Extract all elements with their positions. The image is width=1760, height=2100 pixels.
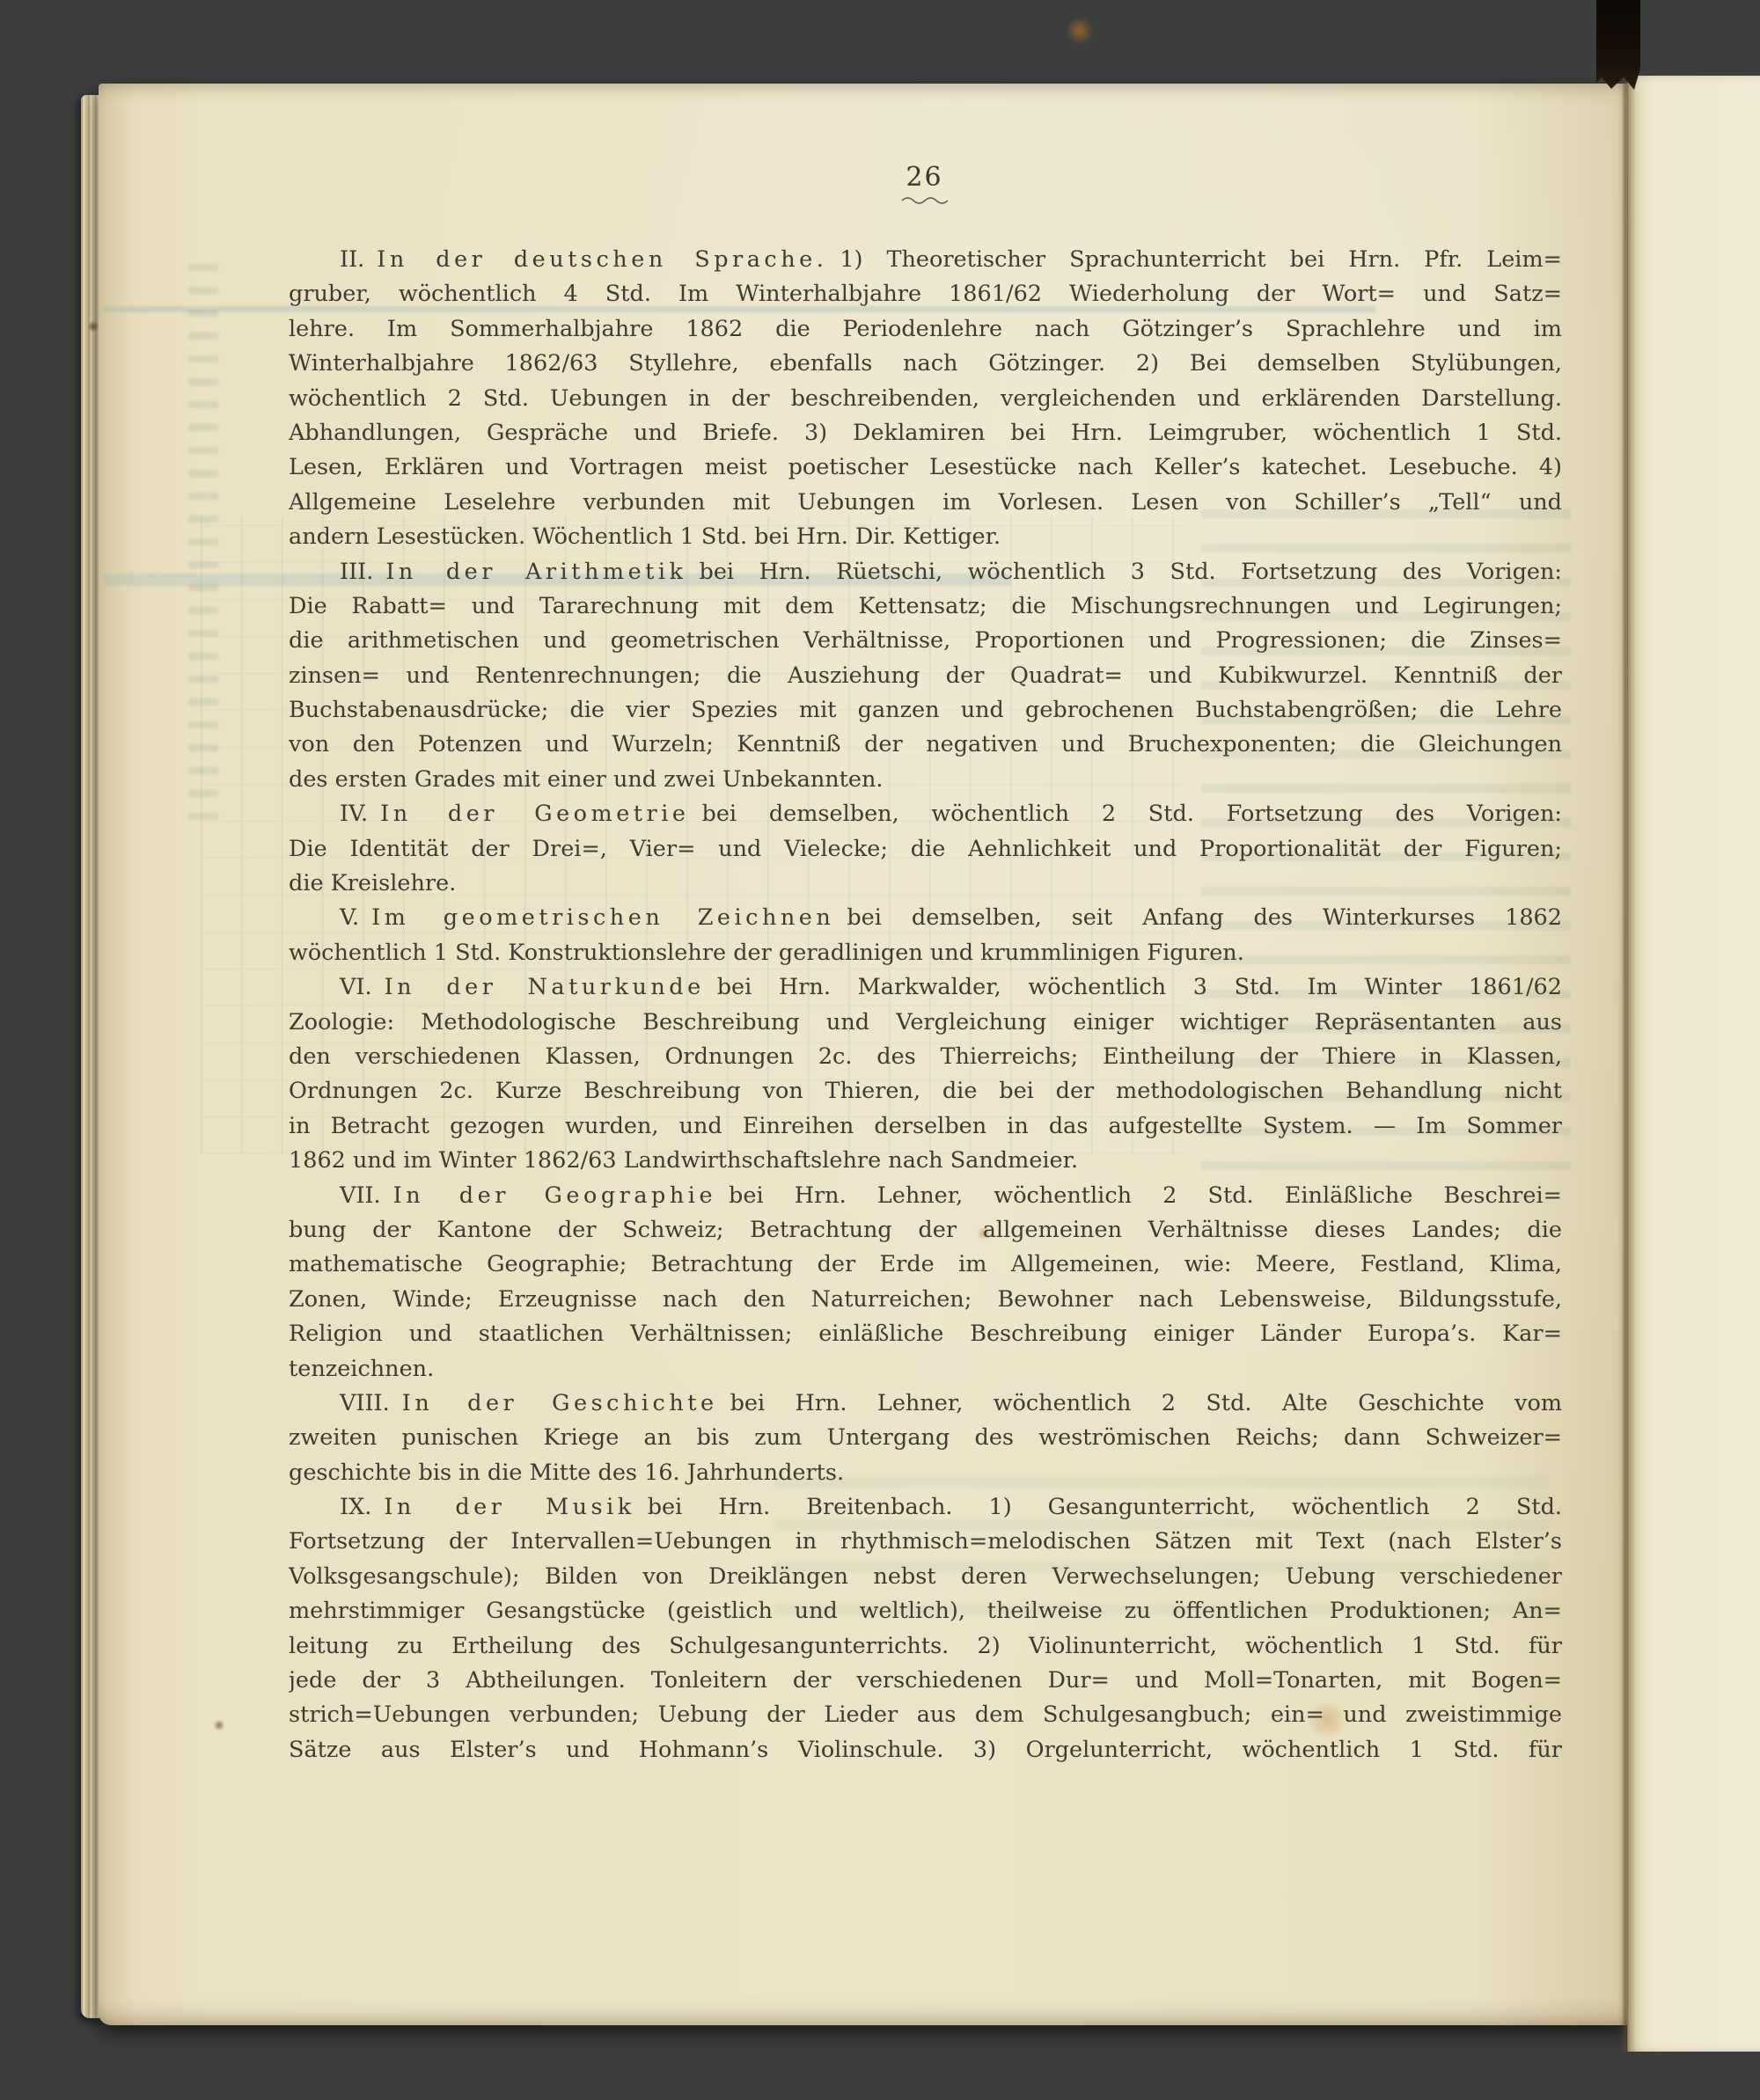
page-number: 26 xyxy=(906,162,942,193)
page-header: 26 xyxy=(289,162,1560,205)
text-line: V.Im geometrischen Zeichnenbei demselben… xyxy=(289,901,1562,935)
squiggle-underline-icon xyxy=(899,194,950,205)
section-title: In der Arithmetik xyxy=(385,559,699,585)
text-line: lehre. Im Sommerhalbjahre 1862 die Perio… xyxy=(289,312,1562,347)
text-line: von den Potenzen und Wurzeln; Kenntniß d… xyxy=(289,728,1562,762)
foxing-spot xyxy=(1067,16,1093,46)
paragraph: VI.In der Naturkundebei Hrn. Markwalder,… xyxy=(289,970,1562,1178)
section-numeral: VI. xyxy=(340,974,385,1000)
text-line: leitung zu Ertheilung des Schulgesangunt… xyxy=(289,1629,1562,1664)
text-line: Zoologie: Methodologische Beschreibung u… xyxy=(289,1006,1562,1040)
text-line: 1862 und im Winter 1862/63 Landwirthscha… xyxy=(289,1144,1562,1178)
section-title: In der Geographie xyxy=(393,1182,729,1209)
section-title: In der Musik xyxy=(384,1494,647,1520)
text-line: VI.In der Naturkundebei Hrn. Markwalder,… xyxy=(289,970,1562,1005)
text-line: Winterhalbjahre 1862/63 Styllehre, ebenf… xyxy=(289,347,1562,381)
gutter-shadow xyxy=(1622,76,1628,2052)
paragraph: VII.In der Geographiebei Hrn. Lehner, wö… xyxy=(289,1179,1562,1387)
text-line: Fortsetzung der Intervallen=Uebungen in … xyxy=(289,1525,1562,1559)
section-title: In der Geometrie xyxy=(380,801,701,827)
page-text: II.In der deutschen Sprache.1) Theoretis… xyxy=(289,243,1562,1767)
section-numeral: II. xyxy=(340,246,377,273)
section-title: In der Geschichte xyxy=(402,1390,730,1416)
text-line: Die Identität der Drei=, Vier= und Viele… xyxy=(289,832,1562,867)
text-line: zinsen= und Rentenrechnungen; die Auszie… xyxy=(289,659,1562,693)
text-line: Die Rabatt= und Tararechnung mit dem Ket… xyxy=(289,589,1562,624)
text-line: den verschiedenen Klassen, Ordnungen 2c.… xyxy=(289,1040,1562,1074)
text-line: mehrstimmiger Gesangstücke (geistlich un… xyxy=(289,1594,1562,1628)
text-line: Religion und staatlichen Verhältnissen; … xyxy=(289,1317,1562,1351)
text-line: Sätze aus Elster’s und Hohmann’s Violins… xyxy=(289,1733,1562,1767)
text-line: IX.In der Musikbei Hrn. Breitenbach. 1) … xyxy=(289,1490,1562,1525)
paragraph: VIII.In der Geschichtebei Hrn. Lehner, w… xyxy=(289,1387,1562,1490)
section-numeral: V. xyxy=(340,904,371,931)
text-line: tenzeichnen. xyxy=(289,1352,1562,1387)
section-numeral: IV. xyxy=(340,801,380,827)
facing-page-edge xyxy=(1627,76,1760,2052)
text-line: Zonen, Winde; Erzeugnisse nach den Natur… xyxy=(289,1283,1562,1317)
text-line: bung der Kantone der Schweiz; Betrachtun… xyxy=(289,1213,1562,1248)
text-line: geschichte bis in die Mitte des 16. Jahr… xyxy=(289,1456,1562,1490)
text-line: Ordnungen 2c. Kurze Beschreibung von Thi… xyxy=(289,1074,1562,1109)
photographed-book-spread: { "page": { "number": "26", "paragraphs"… xyxy=(0,0,1760,2100)
text-line: die Kreislehre. xyxy=(289,867,1562,901)
paragraph: III.In der Arithmetikbei Hrn. Rüetschi, … xyxy=(289,555,1562,798)
text-line: die arithmetischen und geometrischen Ver… xyxy=(289,624,1562,658)
text-line: Lesen, Erklären und Vortragen meist poet… xyxy=(289,450,1562,485)
paragraph: IV.In der Geometriebei demselben, wöchen… xyxy=(289,797,1562,901)
section-numeral: III. xyxy=(340,559,385,585)
text-line: wöchentlich 2 Std. Uebungen in der besch… xyxy=(289,382,1562,416)
text-line: gruber, wöchentlich 4 Std. Im Winterhalb… xyxy=(289,277,1562,311)
paragraph: II.In der deutschen Sprache.1) Theoretis… xyxy=(289,243,1562,555)
text-line: Buchstabenausdrücke; die vier Spezies mi… xyxy=(289,693,1562,728)
section-numeral: VIII. xyxy=(340,1390,402,1416)
text-line: wöchentlich 1 Std. Konstruktionslehre de… xyxy=(289,936,1562,970)
section-title: In der deutschen Sprache. xyxy=(377,246,840,273)
text-line: IV.In der Geometriebei demselben, wöchen… xyxy=(289,797,1562,831)
text-line: zweiten punischen Kriege an bis zum Unte… xyxy=(289,1421,1562,1455)
section-numeral: VII. xyxy=(340,1182,393,1209)
text-line: des ersten Grades mit einer und zwei Unb… xyxy=(289,763,1562,797)
paragraph: IX.In der Musikbei Hrn. Breitenbach. 1) … xyxy=(289,1490,1562,1767)
section-title: In der Naturkunde xyxy=(385,974,717,1000)
section-numeral: IX. xyxy=(340,1494,384,1520)
text-line: Abhandlungen, Gespräche und Briefe. 3) D… xyxy=(289,416,1562,450)
text-line: Allgemeine Leselehre verbunden mit Uebun… xyxy=(289,486,1562,520)
section-title: Im geometrischen Zeichnen xyxy=(371,904,847,931)
text-line: Volksgesangschule); Bilden von Dreikläng… xyxy=(289,1560,1562,1594)
text-line: mathematische Geographie; Betrachtung de… xyxy=(289,1248,1562,1282)
paragraph: V.Im geometrischen Zeichnenbei demselben… xyxy=(289,901,1562,970)
text-line: jede der 3 Abtheilungen. Tonleitern der … xyxy=(289,1664,1562,1698)
text-line: III.In der Arithmetikbei Hrn. Rüetschi, … xyxy=(289,555,1562,589)
text-line: andern Lesestücken. Wöchentlich 1 Std. b… xyxy=(289,520,1562,554)
bookmark-ribbon xyxy=(1596,0,1640,90)
text-line: strich=Uebungen verbunden; Uebung der Li… xyxy=(289,1698,1562,1732)
text-line: in Betracht gezogen wurden, und Einreihe… xyxy=(289,1109,1562,1144)
text-line: II.In der deutschen Sprache.1) Theoretis… xyxy=(289,243,1562,277)
text-line: VII.In der Geographiebei Hrn. Lehner, wö… xyxy=(289,1179,1562,1213)
text-line: VIII.In der Geschichtebei Hrn. Lehner, w… xyxy=(289,1387,1562,1421)
